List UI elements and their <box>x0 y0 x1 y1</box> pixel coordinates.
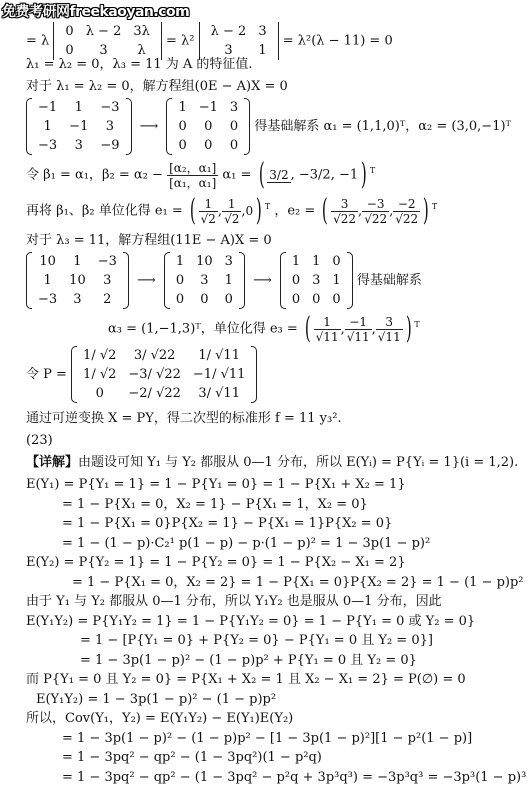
matrix-cell: −1 <box>193 98 224 117</box>
matrix-cell: −1/ √11 <box>187 365 252 384</box>
matrix-cell: 0 <box>193 136 224 155</box>
schmidt-prefix: 令 β₁ = α₁，β₂ = α₂ − <box>26 168 163 183</box>
matrix-cell: 0 <box>170 271 190 290</box>
beta2-1: 3/2 <box>267 168 290 183</box>
derivation-line: 而 P{Y₁ = 0 且 Y₂ = 0} = P{X₁ + X₂ = 1 且 X… <box>26 671 466 689</box>
matrix-cell: 0 <box>172 136 192 155</box>
case1-line: 对于 λ₁ = λ₂ = 0，解方程组(0E − A)X = 0 <box>26 78 288 96</box>
frac-num: [α₂，α₁] <box>167 161 218 176</box>
e2-label: ，e₂ = <box>274 204 315 219</box>
p-matrix-line: 令 P = 1/ √23/ √221/ √111/ √2−3/ √22−1/ √… <box>26 346 257 403</box>
case1-matrix-b: 1−13000000 <box>166 98 250 155</box>
matrix-cell: 0 <box>224 117 244 136</box>
right-arrow-icon: ⟶ <box>140 118 159 136</box>
matrix-cell: 3 <box>306 271 326 290</box>
case2-line: 对于 λ₃ = 11，解方程组(11E − A)X = 0 <box>26 232 272 250</box>
matrix-cell: 3/ √11 <box>187 384 252 403</box>
derivation-line: E(Y₂) = P{Y₂ = 1} = 1 − P{Y₂ = 0} = 1 − … <box>26 554 406 572</box>
matrix-cell: −1 <box>32 98 63 117</box>
case1-reduction: −11−31−13−33−9 ⟶ 1−13000000 得基础解系 α₁ = (… <box>26 98 511 155</box>
case2-reduction: 101−31103−332 ⟶ 1103031000 ⟶ 110031000 得… <box>26 252 422 309</box>
intro-text: 由题设可知 Y₁ 与 Y₂ 都服从 0—1 分布，所以 E(Yᵢ) = P{Yᵢ… <box>78 455 518 470</box>
matrix-cell: 0 <box>190 290 219 309</box>
matrix-cell: 3 <box>63 136 94 155</box>
watermark: 免费考研网freekaoyan.com <box>2 1 189 21</box>
problem-number: (23) <box>26 432 53 450</box>
derivation-line: 由于 Y₁ 与 Y₂ 都服从 0—1 分布，所以 Y₁Y₂ 也是服从 0—1 分… <box>26 593 442 611</box>
matrix-cell: 1 <box>172 98 192 117</box>
vector-component: 3√22 <box>331 197 358 226</box>
matrix-cell: 10 <box>190 252 219 271</box>
matrix-cell: 0 <box>286 271 306 290</box>
det-suffix: = λ²(λ − 11) = 0 <box>283 34 393 49</box>
vector-component: −2√22 <box>393 197 420 226</box>
frac-den: [α₁，α₁] <box>167 176 218 190</box>
matrix-cell: 0 <box>224 136 244 155</box>
matrix-cell: 1/ √2 <box>77 365 122 384</box>
matrix-cell: 3 <box>219 252 239 271</box>
matrix-cell: 3 <box>190 271 219 290</box>
vector-component: 1√11 <box>314 315 341 344</box>
normalize-prefix: 再将 β₁、β₂ 单位化得 e₁ = <box>26 204 183 219</box>
beta2-2: −3/2 <box>299 168 331 183</box>
beta2-3: −1 <box>339 168 358 183</box>
derivation-line: = 1 − 3pq² − qp² − (1 − 3pq² − p²q + 3p³… <box>62 769 526 787</box>
matrix-cell: 0 <box>219 290 239 309</box>
matrix-cell: 3 <box>224 98 244 117</box>
matrix-cell: −9 <box>94 136 125 155</box>
vector-component: 0 <box>245 204 253 218</box>
det-prefix: = λ <box>26 34 49 49</box>
right-arrow-icon: ⟶ <box>137 272 156 290</box>
matrix-cell: 0 <box>306 290 326 309</box>
case1-matrix-a: −11−31−13−33−9 <box>26 98 132 155</box>
matrix-cell: 1 <box>170 252 190 271</box>
derivation-line: 所以，Cov(Y₁，Y₂) = E(Y₁Y₂) − E(Y₁)E(Y₂) <box>26 710 293 728</box>
schmidt-mid: α₁ = <box>222 168 251 183</box>
matrix-cell: −3 <box>32 290 63 309</box>
matrix-cell: 0 <box>286 290 306 309</box>
matrix-cell: −3 <box>92 252 123 271</box>
determinant-equation: = λ 0λ − 23λ03λ = λ² λ − 2331 = λ²(λ − 1… <box>26 22 393 60</box>
schmidt-fraction: [α₂，α₁][α₁，α₁] <box>167 161 218 190</box>
matrix-cell: 1/ √2 <box>77 346 122 365</box>
vector-component: 1√2 <box>222 197 241 226</box>
case2-matrix-b: 1103031000 <box>164 252 245 309</box>
det2-matrix: λ − 2331 <box>199 22 279 60</box>
derivation-line: = 1 − P{X₁ = 0}P{X₂ = 1} − P{X₁ = 1}P{X₂… <box>62 515 392 533</box>
conclusion-line: 通过可逆变换 X = PY，得二次型的标准形 f = 11 y₃². <box>26 410 342 428</box>
vector-component: 3√11 <box>376 315 403 344</box>
matrix-cell: 0 <box>77 384 122 403</box>
detail-intro: 【详解】由题设可知 Y₁ 与 Y₂ 都服从 0—1 分布，所以 E(Yᵢ) = … <box>26 454 518 472</box>
matrix-cell: λ − 2 <box>205 22 253 41</box>
case2-matrix-a: 101−31103−332 <box>26 252 129 309</box>
derivation-line: = 1 − 3p(1 − p)² − (1 − p)p² + P{Y₁ = 0 … <box>80 652 417 670</box>
vector-component: −1√11 <box>345 315 372 344</box>
matrix-cell: 0 <box>172 117 192 136</box>
normalize-line: 再将 β₁、β₂ 单位化得 e₁ = (1√2,1√2,0)T ，e₂ = (3… <box>26 196 437 226</box>
matrix-cell: −3 <box>94 98 125 117</box>
derivation-line: = 1 − [P{Y₁ = 0} + P{Y₂ = 0} − P{Y₁ = 0 … <box>80 632 433 650</box>
p-matrix: 1/ √23/ √221/ √111/ √2−3/ √22−1/ √110−2/… <box>71 346 257 403</box>
derivation-line: = 1 − P{X₁ = 0，X₂ = 2} = 1 − P{X₁ = 0}P{… <box>72 574 524 592</box>
matrix-cell: −1 <box>63 117 94 136</box>
matrix-cell: −3 <box>32 136 63 155</box>
matrix-cell: 1 <box>306 252 326 271</box>
derivation-line: E(Y₁Y₂) = 1 − 3p(1 − p)² − (1 − p)p² <box>36 691 276 709</box>
p-label: 令 P = <box>26 367 67 382</box>
matrix-cell: 0 <box>170 290 190 309</box>
alpha3-line: α₃ = (1,−1,3)ᵀ，单位化得 e₃ = (1√11,−1√11,3√1… <box>108 314 420 344</box>
matrix-cell: 3 <box>94 117 125 136</box>
matrix-cell: 0 <box>326 252 346 271</box>
det3-matrix: 0λ − 23λ03λ <box>53 22 161 60</box>
matrix-cell: 1/ √11 <box>187 346 252 365</box>
case1-basis: 得基础解系 α₁ = (1,1,0)ᵀ，α₂ = (3,0,−1)ᵀ <box>254 119 511 134</box>
schmidt-line: 令 β₁ = α₁，β₂ = α₂ − [α₂，α₁][α₁，α₁] α₁ = … <box>26 160 375 190</box>
derivation-line: = 1 − P{X₁ = 0，X₂ = 1} − P{X₁ = 1，X₂ = 0… <box>62 496 368 514</box>
matrix-cell: 10 <box>32 252 63 271</box>
matrix-cell: 1 <box>63 252 92 271</box>
derivation-line: = 1 − 3pq² − qp² − (1 − 3pq²)(1 − p²q) <box>62 749 322 767</box>
matrix-cell: 3 <box>92 271 123 290</box>
matrix-cell: −2/ √22 <box>122 384 187 403</box>
matrix-cell: −3/ √22 <box>122 365 187 384</box>
matrix-cell: 3 <box>63 290 92 309</box>
alpha3-prefix: α₃ = (1,−1,3)ᵀ，单位化得 e₃ = <box>108 322 298 337</box>
matrix-cell: 3 <box>252 22 272 41</box>
detail-heading: 【详解】 <box>26 455 78 470</box>
matrix-cell: 10 <box>63 271 92 290</box>
derivation-line: = 1 − (1 − p)·C₂¹ p(1 − p) − p·(1 − p)² … <box>62 535 430 553</box>
derivation-line: = 1 − 3p(1 − p)² − (1 − p)p² − [1 − 3p(1… <box>62 730 472 748</box>
case2-matrix-c: 110031000 <box>280 252 353 309</box>
matrix-cell: 0 <box>59 22 79 41</box>
matrix-cell: 1 <box>326 271 346 290</box>
matrix-cell: 1 <box>32 117 63 136</box>
vector-component: 1√2 <box>199 197 218 226</box>
matrix-cell: 1 <box>63 98 94 117</box>
matrix-cell: 2 <box>92 290 123 309</box>
matrix-cell: λ − 2 <box>80 22 128 41</box>
matrix-cell: 3λ <box>127 22 156 41</box>
vector-component: −3√22 <box>362 197 389 226</box>
derivation-line: E(Y₁) = P{Y₁ = 1} = 1 − P{Y₁ = 0} = 1 − … <box>26 476 406 494</box>
matrix-cell: 1 <box>219 271 239 290</box>
matrix-cell: 1 <box>286 252 306 271</box>
matrix-cell: 1 <box>32 271 63 290</box>
matrix-cell: 1 <box>252 41 272 60</box>
derivation-line: E(Y₁Y₂) = P{Y₁Y₂ = 1} = 1 − P{Y₁Y₂ = 0} … <box>26 613 475 631</box>
case2-basis-label: 得基础解系 <box>357 273 422 288</box>
right-arrow-icon: ⟶ <box>253 272 272 290</box>
matrix-cell: 0 <box>326 290 346 309</box>
det-mid: = λ² <box>166 34 194 49</box>
eigenvalues-line: λ₁ = λ₂ = 0，λ₃ = 11 为 A 的特征值. <box>26 56 253 74</box>
matrix-cell: 3/ √22 <box>122 346 187 365</box>
matrix-cell: 0 <box>193 117 224 136</box>
